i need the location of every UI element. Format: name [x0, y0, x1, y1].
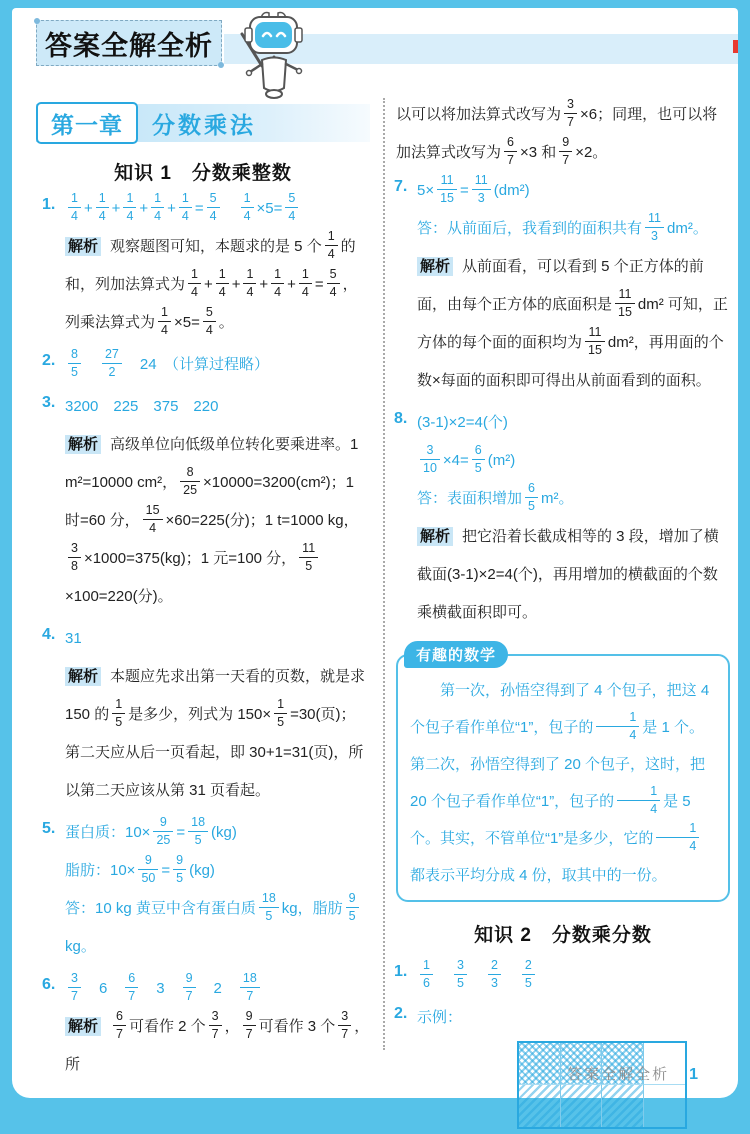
explain-badge: 解析	[65, 237, 101, 256]
fraction: 1115	[437, 173, 457, 205]
answer-line: 示例：	[417, 999, 730, 1037]
grid-cell-check	[519, 1043, 561, 1085]
fraction: 14	[271, 267, 284, 299]
fraction: 38	[68, 541, 81, 573]
fraction: 37	[68, 971, 81, 1003]
robot-mascot-icon	[228, 8, 320, 102]
page-title-text: 答案全解全析	[45, 24, 213, 63]
fun-math-tag: 有趣的数学	[404, 641, 508, 668]
answer-line: 31	[65, 620, 370, 658]
fraction: 113	[645, 211, 664, 243]
item-number: 4.	[42, 626, 55, 644]
item-number: 8.	[394, 410, 407, 428]
item-number: 1.	[42, 196, 55, 214]
knowledge1-title: 知识 1 分数乘整数	[36, 158, 370, 185]
fraction: 97	[559, 135, 572, 167]
fraction: 113	[472, 173, 491, 205]
fraction: 65	[525, 481, 538, 513]
explain-badge: 解析	[65, 667, 101, 686]
answer-line: 脂肪：10×950=95(kg)	[65, 852, 370, 890]
fraction: 85	[68, 347, 81, 379]
fraction: 14	[188, 267, 201, 299]
fraction: 14	[151, 191, 164, 223]
explain-badge: 解析	[417, 527, 453, 546]
corner-dot	[218, 62, 224, 68]
fraction: 14	[617, 784, 660, 816]
fraction: 185	[259, 891, 279, 923]
explain-text: 高级单位向低级单位转化要乘进率。1 m²=10000 cm²，825×10000…	[65, 436, 359, 605]
fraction: 1115	[585, 325, 605, 357]
fraction: 272	[102, 347, 122, 379]
fraction: 54	[203, 305, 216, 337]
page-title: 答案全解全析	[36, 20, 222, 66]
answer-line: 答：10 kg 黄豆中含有蛋白质185kg，脂肪95kg。	[65, 890, 370, 966]
footer-text: 答案全解全析	[567, 1066, 669, 1083]
explanation: 解析把它沿着长截成相等的 3 段，增加了横截面(3-1)×2=4(个)，再用增加…	[417, 518, 730, 632]
fun-math-box: 有趣的数学 第一次，孙悟空得到了 4 个包子，把这 4 个包子看作单位“1”，包…	[396, 654, 730, 902]
explain-text: 本题应先求出第一天看的页数，就是求 150 的15是多少，列式为 150×15=…	[65, 668, 365, 799]
fraction: 14	[325, 229, 338, 261]
fraction: 54	[327, 267, 340, 299]
answer-line: 16 35 23 25	[417, 957, 730, 995]
item-number: 2.	[42, 352, 55, 370]
answer-item-1: 1. 14+14+14+14+14=54 14×5=54 解析观察题图可知，本题…	[44, 190, 370, 342]
column-divider	[383, 98, 385, 1050]
explain-text: 从前面看，可以看到 5 个正方体的前面，由每个正方体的底面积是1115dm² 可…	[417, 258, 728, 389]
fraction: 14	[123, 191, 136, 223]
fraction: 16	[420, 958, 433, 990]
answer-line: 14+14+14+14+14=54 14×5=54	[65, 190, 370, 228]
fraction: 14	[68, 191, 81, 223]
grid-cell-diag	[602, 1085, 644, 1127]
answer-item-4: 4. 31 解析本题应先求出第一天看的页数，就是求 150 的15是多少，列式为…	[44, 620, 370, 810]
corner-dot	[34, 18, 40, 24]
fraction: 14	[216, 267, 229, 299]
grid-cell-none	[644, 1085, 686, 1127]
knowledge2-title: 知识 2 分数乘分数	[396, 920, 730, 947]
answer-item-8: 8. (3-1)×2=4(个) 310×4=65(m²) 答：表面积增加65m²…	[396, 404, 730, 632]
fraction: 950	[138, 853, 158, 885]
fraction: 97	[243, 1009, 256, 1041]
fraction: 35	[454, 958, 467, 990]
item-number: 7.	[394, 178, 407, 196]
chapter-title: 分数乘法	[152, 107, 256, 140]
item-number: 1.	[394, 963, 407, 981]
answer-line: 3200 225 375 220	[65, 388, 370, 426]
fraction: 14	[96, 191, 109, 223]
page: 答案全解全析 第一章 分数乘法 知识 1 分数乘整数 1. 14+14+14+1…	[12, 8, 738, 1098]
page-footer: 答案全解全析1	[567, 1063, 700, 1084]
fraction: 14	[299, 267, 312, 299]
answer-line: 85 272 24 （计算过程略）	[65, 346, 370, 384]
explanation: 解析高级单位向低级单位转化要乘进率。1 m²=10000 cm²，825×100…	[65, 426, 370, 616]
answer-line: 答：从前面后，我看到的面积共有113dm²。	[417, 210, 730, 248]
fraction: 154	[143, 503, 163, 535]
explanation: 解析67可看作 2 个37，97可看作 3 个37，所	[65, 1008, 370, 1084]
fraction: 14	[179, 191, 192, 223]
fraction: 825	[180, 465, 200, 497]
explanation-continued: 以可以将加法算式改写为37×6；同理，也可以将加法算式改写为67×3 和97×2…	[396, 96, 730, 172]
fraction: 925	[153, 815, 173, 847]
explain-badge: 解析	[65, 1017, 101, 1036]
fraction: 25	[522, 958, 535, 990]
explanation: 解析观察题图可知，本题求的是 5 个14的和，列加法算式为14+14+14+14…	[65, 228, 370, 342]
fraction: 37	[338, 1009, 351, 1041]
fraction: 95	[346, 891, 359, 923]
fraction: 67	[504, 135, 517, 167]
grid-cell-diag	[519, 1085, 561, 1127]
fraction: 310	[420, 443, 440, 475]
fraction-diagram	[517, 1041, 687, 1129]
fraction: 14	[158, 305, 171, 337]
answer-line: 蛋白质：10×925=185(kg)	[65, 814, 370, 852]
item-number: 3.	[42, 394, 55, 412]
explain-text: 观察题图可知，本题求的是 5 个14的和，列加法算式为14+14+14+14+1…	[65, 238, 358, 331]
page-edge-mark	[733, 40, 738, 53]
answer-item-5: 5. 蛋白质：10×925=185(kg) 脂肪：10×950=95(kg) 答…	[44, 814, 370, 966]
k2-answer-item-1: 1. 16 35 23 25	[396, 957, 730, 995]
page-number: 1	[689, 1066, 700, 1083]
fraction: 15	[274, 697, 287, 729]
fraction: 14	[241, 191, 254, 223]
fraction: 187	[240, 971, 260, 1003]
fraction: 115	[299, 541, 318, 573]
fraction: 67	[113, 1009, 126, 1041]
explain-text: 把它沿着长截成相等的 3 段，增加了横截面(3-1)×2=4(个)，再用增加的横…	[417, 528, 719, 621]
explain-badge: 解析	[65, 435, 101, 454]
item-number: 2.	[394, 1005, 407, 1023]
answer-line: (3-1)×2=4(个)	[417, 404, 730, 442]
answer-line: 310×4=65(m²)	[417, 442, 730, 480]
item-number: 5.	[42, 820, 55, 838]
answer-line: 答：表面积增加65m²。	[417, 480, 730, 518]
fraction: 37	[564, 97, 577, 129]
fraction: 54	[207, 191, 220, 223]
answer-item-2: 2. 85 272 24 （计算过程略）	[44, 346, 370, 384]
item-number: 6.	[42, 976, 55, 994]
answer-line: 5×1115=113(dm²)	[417, 172, 730, 210]
explanation: 解析本题应先求出第一天看的页数，就是求 150 的15是多少，列式为 150×1…	[65, 658, 370, 810]
fraction: 15	[112, 697, 125, 729]
right-column: 以可以将加法算式改写为37×6；同理，也可以将加法算式改写为67×3 和97×2…	[396, 96, 730, 1133]
answer-line: 37 6 67 3 97 2 187	[65, 970, 370, 1008]
fraction: 14	[596, 710, 639, 742]
fraction: 65	[472, 443, 485, 475]
answer-item-6: 6. 37 6 67 3 97 2 187 解析67可看作 2 个37，97可看…	[44, 970, 370, 1084]
chapter-number: 第一章	[36, 102, 138, 144]
fraction: 14	[243, 267, 256, 299]
answer-item-7: 7. 5×1115=113(dm²) 答：从前面后，我看到的面积共有113dm²…	[396, 172, 730, 400]
fraction: 14	[656, 821, 699, 853]
fraction: 23	[488, 958, 501, 990]
fraction: 54	[285, 191, 298, 223]
fraction: 37	[209, 1009, 222, 1041]
fraction: 185	[188, 815, 208, 847]
fraction: 97	[183, 971, 196, 1003]
grid-cell-diag	[561, 1085, 603, 1127]
left-column: 1. 14+14+14+14+14=54 14×5=54 解析观察题图可知，本题…	[44, 190, 370, 1088]
explain-badge: 解析	[417, 257, 453, 276]
fraction: 1115	[615, 287, 635, 319]
explain-text: 67可看作 2 个37，97可看作 3 个37，所	[65, 1018, 369, 1073]
fraction: 95	[173, 853, 186, 885]
fun-math-body: 第一次，孙悟空得到了 4 个包子，把这 4 个包子看作单位“1”，包子的14是 …	[410, 672, 716, 894]
explanation: 解析从前面看，可以看到 5 个正方体的前面，由每个正方体的底面积是1115dm²…	[417, 248, 730, 400]
fraction: 67	[125, 971, 138, 1003]
answer-item-3: 3. 3200 225 375 220 解析高级单位向低级单位转化要乘进率。1 …	[44, 388, 370, 616]
